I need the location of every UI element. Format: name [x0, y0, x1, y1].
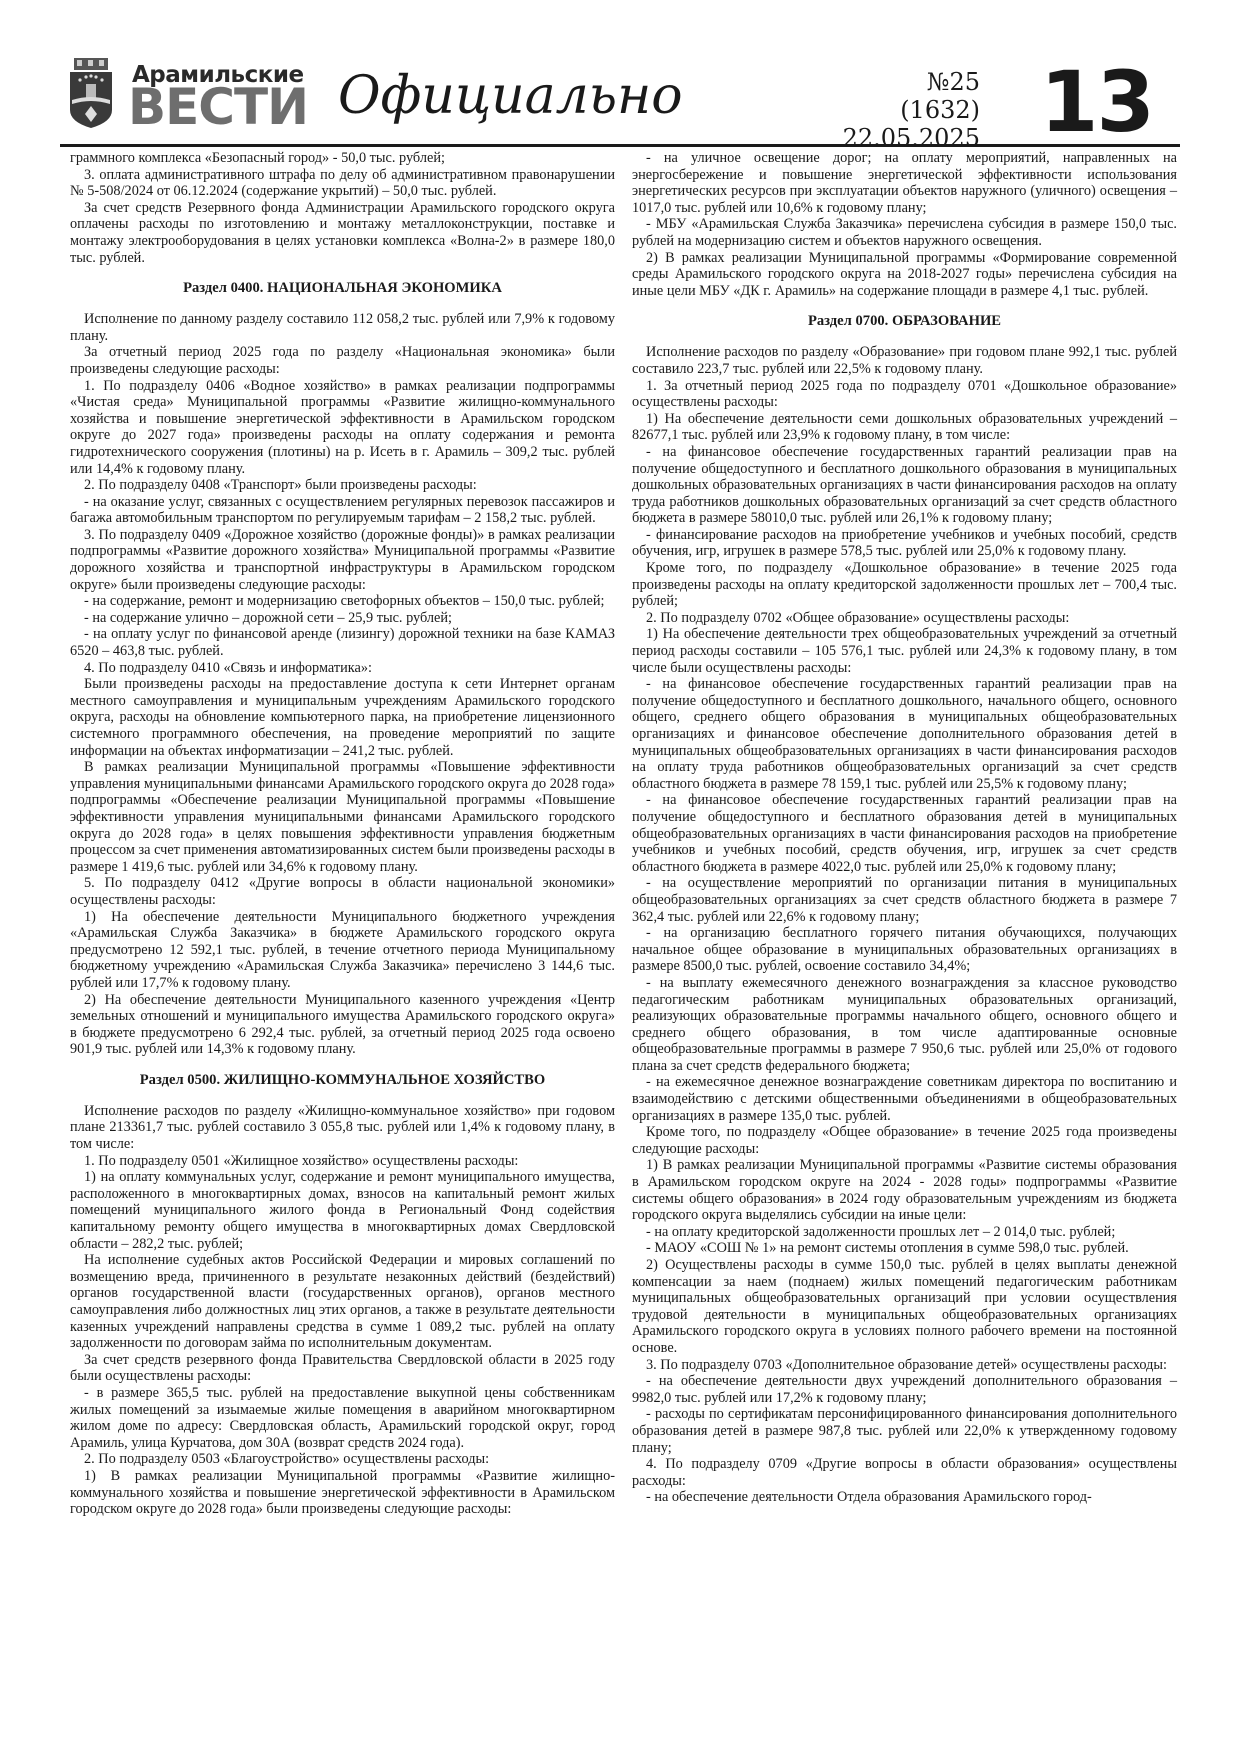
paragraph: - МАОУ «СОШ № 1» на ремонт системы отопл…	[632, 1240, 1177, 1257]
paragraph: За счет средств резервного фонда Правите…	[70, 1352, 615, 1385]
section-heading-0500: Раздел 0500. ЖИЛИЩНО-КОММУНАЛЬНОЕ ХОЗЯЙС…	[70, 1072, 615, 1089]
paragraph: - на содержание улично – дорожной сети –…	[70, 610, 615, 627]
paragraph: - на содержание, ремонт и модернизацию с…	[70, 593, 615, 610]
paragraph: - финансирование расходов на приобретени…	[632, 527, 1177, 560]
paragraph: 3. оплата административного штрафа по де…	[70, 167, 615, 200]
paragraph: Исполнение расходов по разделу «Образова…	[632, 344, 1177, 377]
section-heading-0400: Раздел 0400. НАЦИОНАЛЬНАЯ ЭКОНОМИКА	[70, 280, 615, 297]
paragraph: 2. По подразделу 0702 «Общее образование…	[632, 610, 1177, 627]
issue-date: 22.05.2025	[840, 124, 980, 152]
paragraph: - на оплату услуг по финансовой аренде (…	[70, 626, 615, 659]
paragraph: За отчетный период 2025 года по разделу …	[70, 344, 615, 377]
paragraph: 1) На обеспечение деятельности Муниципал…	[70, 909, 615, 992]
paragraph: 3. По подразделу 0703 «Дополнительное об…	[632, 1357, 1177, 1374]
masthead: Арамильские ВЕСТИ Официально №25 (1632) …	[60, 30, 1180, 138]
paragraph: - на финансовое обеспечение государствен…	[632, 444, 1177, 527]
paragraph: - на обеспечение деятельности двух учреж…	[632, 1373, 1177, 1406]
left-column: граммного комплекса «Безопасный город» -…	[70, 150, 615, 1518]
issue-number: №25 (1632)	[840, 68, 980, 124]
paragraph: На исполнение судебных актов Российской …	[70, 1252, 615, 1352]
paragraph: Кроме того, по подразделу «Общее образов…	[632, 1124, 1177, 1157]
page-number: 13	[1040, 60, 1153, 144]
paragraph: 4. По подразделу 0709 «Другие вопросы в …	[632, 1456, 1177, 1489]
paragraph: - на финансовое обеспечение государствен…	[632, 792, 1177, 875]
paragraph: Исполнение расходов по разделу «Жилищно-…	[70, 1103, 615, 1153]
paragraph: 1) на оплату коммунальных услуг, содержа…	[70, 1169, 615, 1252]
paragraph: 2. По подразделу 0503 «Благоустройство» …	[70, 1451, 615, 1468]
paragraph: За счет средств Резервного фонда Админис…	[70, 200, 615, 266]
brand-name-main: ВЕСТИ	[128, 84, 308, 130]
paragraph: Кроме того, по подразделу «Дошкольное об…	[632, 560, 1177, 610]
paragraph: - на осуществление мероприятий по органи…	[632, 875, 1177, 925]
paragraph: - на оказание услуг, связанных с осущест…	[70, 494, 615, 527]
paragraph: 1) На обеспечение деятельности семи дошк…	[632, 411, 1177, 444]
paragraph: 2) На обеспечение деятельности Муниципал…	[70, 992, 615, 1058]
paragraph: 1) В рамках реализации Муниципальной про…	[70, 1468, 615, 1518]
paragraph: 3. По подразделу 0409 «Дорожное хозяйств…	[70, 527, 615, 593]
paragraph: - расходы по сертификатам персонифициров…	[632, 1406, 1177, 1456]
paragraph: 1) В рамках реализации Муниципальной про…	[632, 1157, 1177, 1223]
paragraph: 1. По подразделу 0501 «Жилищное хозяйств…	[70, 1153, 615, 1170]
paragraph: - на организацию бесплатного горячего пи…	[632, 925, 1177, 975]
paragraph: - в размере 365,5 тыс. рублей на предост…	[70, 1385, 615, 1451]
right-column: - на уличное освещение дорог; на оплату …	[632, 150, 1177, 1506]
paragraph: Исполнение по данному разделу составило …	[70, 311, 615, 344]
paragraph: 5. По подразделу 0412 «Другие вопросы в …	[70, 875, 615, 908]
paragraph: - на оплату кредиторской задолженности п…	[632, 1224, 1177, 1241]
paragraph: 1. По подразделу 0406 «Водное хозяйство»…	[70, 378, 615, 478]
paragraph: В рамках реализации Муниципальной програ…	[70, 759, 615, 875]
paragraph: 2. По подразделу 0408 «Транспорт» были п…	[70, 477, 615, 494]
paragraph: 1) На обеспечение деятельности трех обще…	[632, 626, 1177, 676]
section-heading-0700: Раздел 0700. ОБРАЗОВАНИЕ	[632, 313, 1177, 330]
paragraph: - на ежемесячное денежное вознаграждение…	[632, 1074, 1177, 1124]
paragraph: 4. По подразделу 0410 «Связь и информати…	[70, 660, 615, 677]
paragraph: - на финансовое обеспечение государствен…	[632, 676, 1177, 792]
paragraph: Были произведены расходы на предоставлен…	[70, 676, 615, 759]
paragraph: 2) В рамках реализации Муниципальной про…	[632, 250, 1177, 300]
paragraph: 2) Осуществлены расходы в сумме 150,0 ты…	[632, 1257, 1177, 1357]
header-divider	[60, 144, 1180, 147]
paragraph: - на выплату ежемесячного денежного возн…	[632, 975, 1177, 1075]
issue-info: №25 (1632) 22.05.2025	[840, 68, 980, 152]
coat-of-arms-icon	[68, 58, 114, 128]
section-title: Официально	[338, 66, 683, 126]
paragraph: граммного комплекса «Безопасный город» -…	[70, 150, 615, 167]
paragraph: 1. За отчетный период 2025 года по подра…	[632, 378, 1177, 411]
paragraph: - на обеспечение деятельности Отдела обр…	[632, 1489, 1177, 1506]
paragraph: - на уличное освещение дорог; на оплату …	[632, 150, 1177, 216]
paragraph: - МБУ «Арамильская Служба Заказчика» пер…	[632, 216, 1177, 249]
